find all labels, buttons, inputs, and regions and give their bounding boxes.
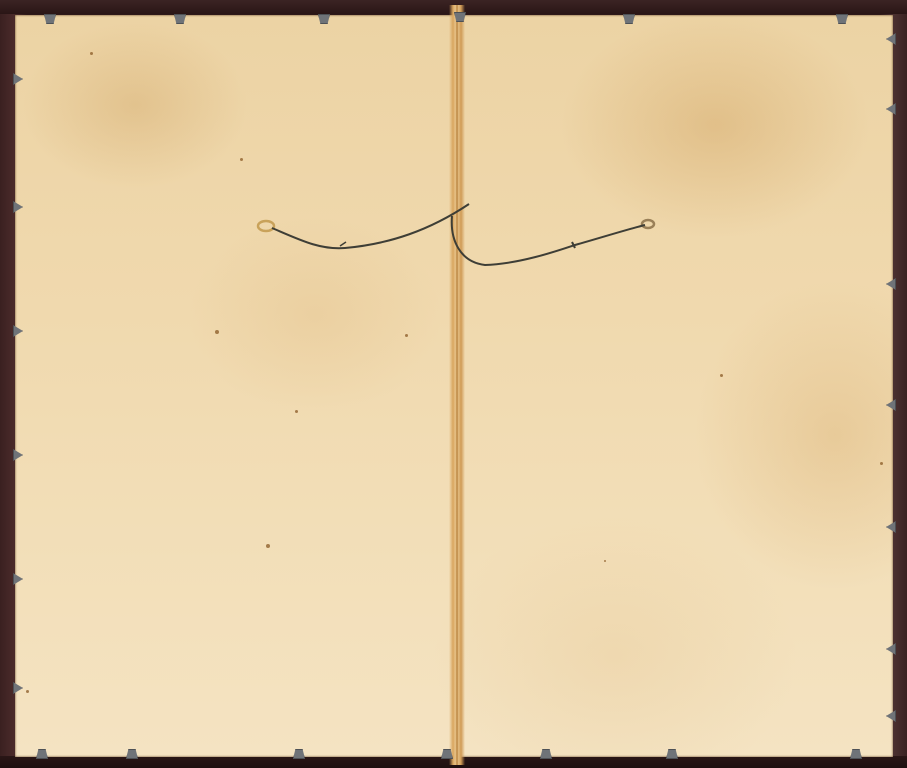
screw-eye-right-icon	[642, 220, 654, 228]
screw-eye-left-icon	[258, 221, 274, 231]
framed-artwork-back	[0, 0, 907, 768]
hanging-wire	[0, 0, 907, 768]
